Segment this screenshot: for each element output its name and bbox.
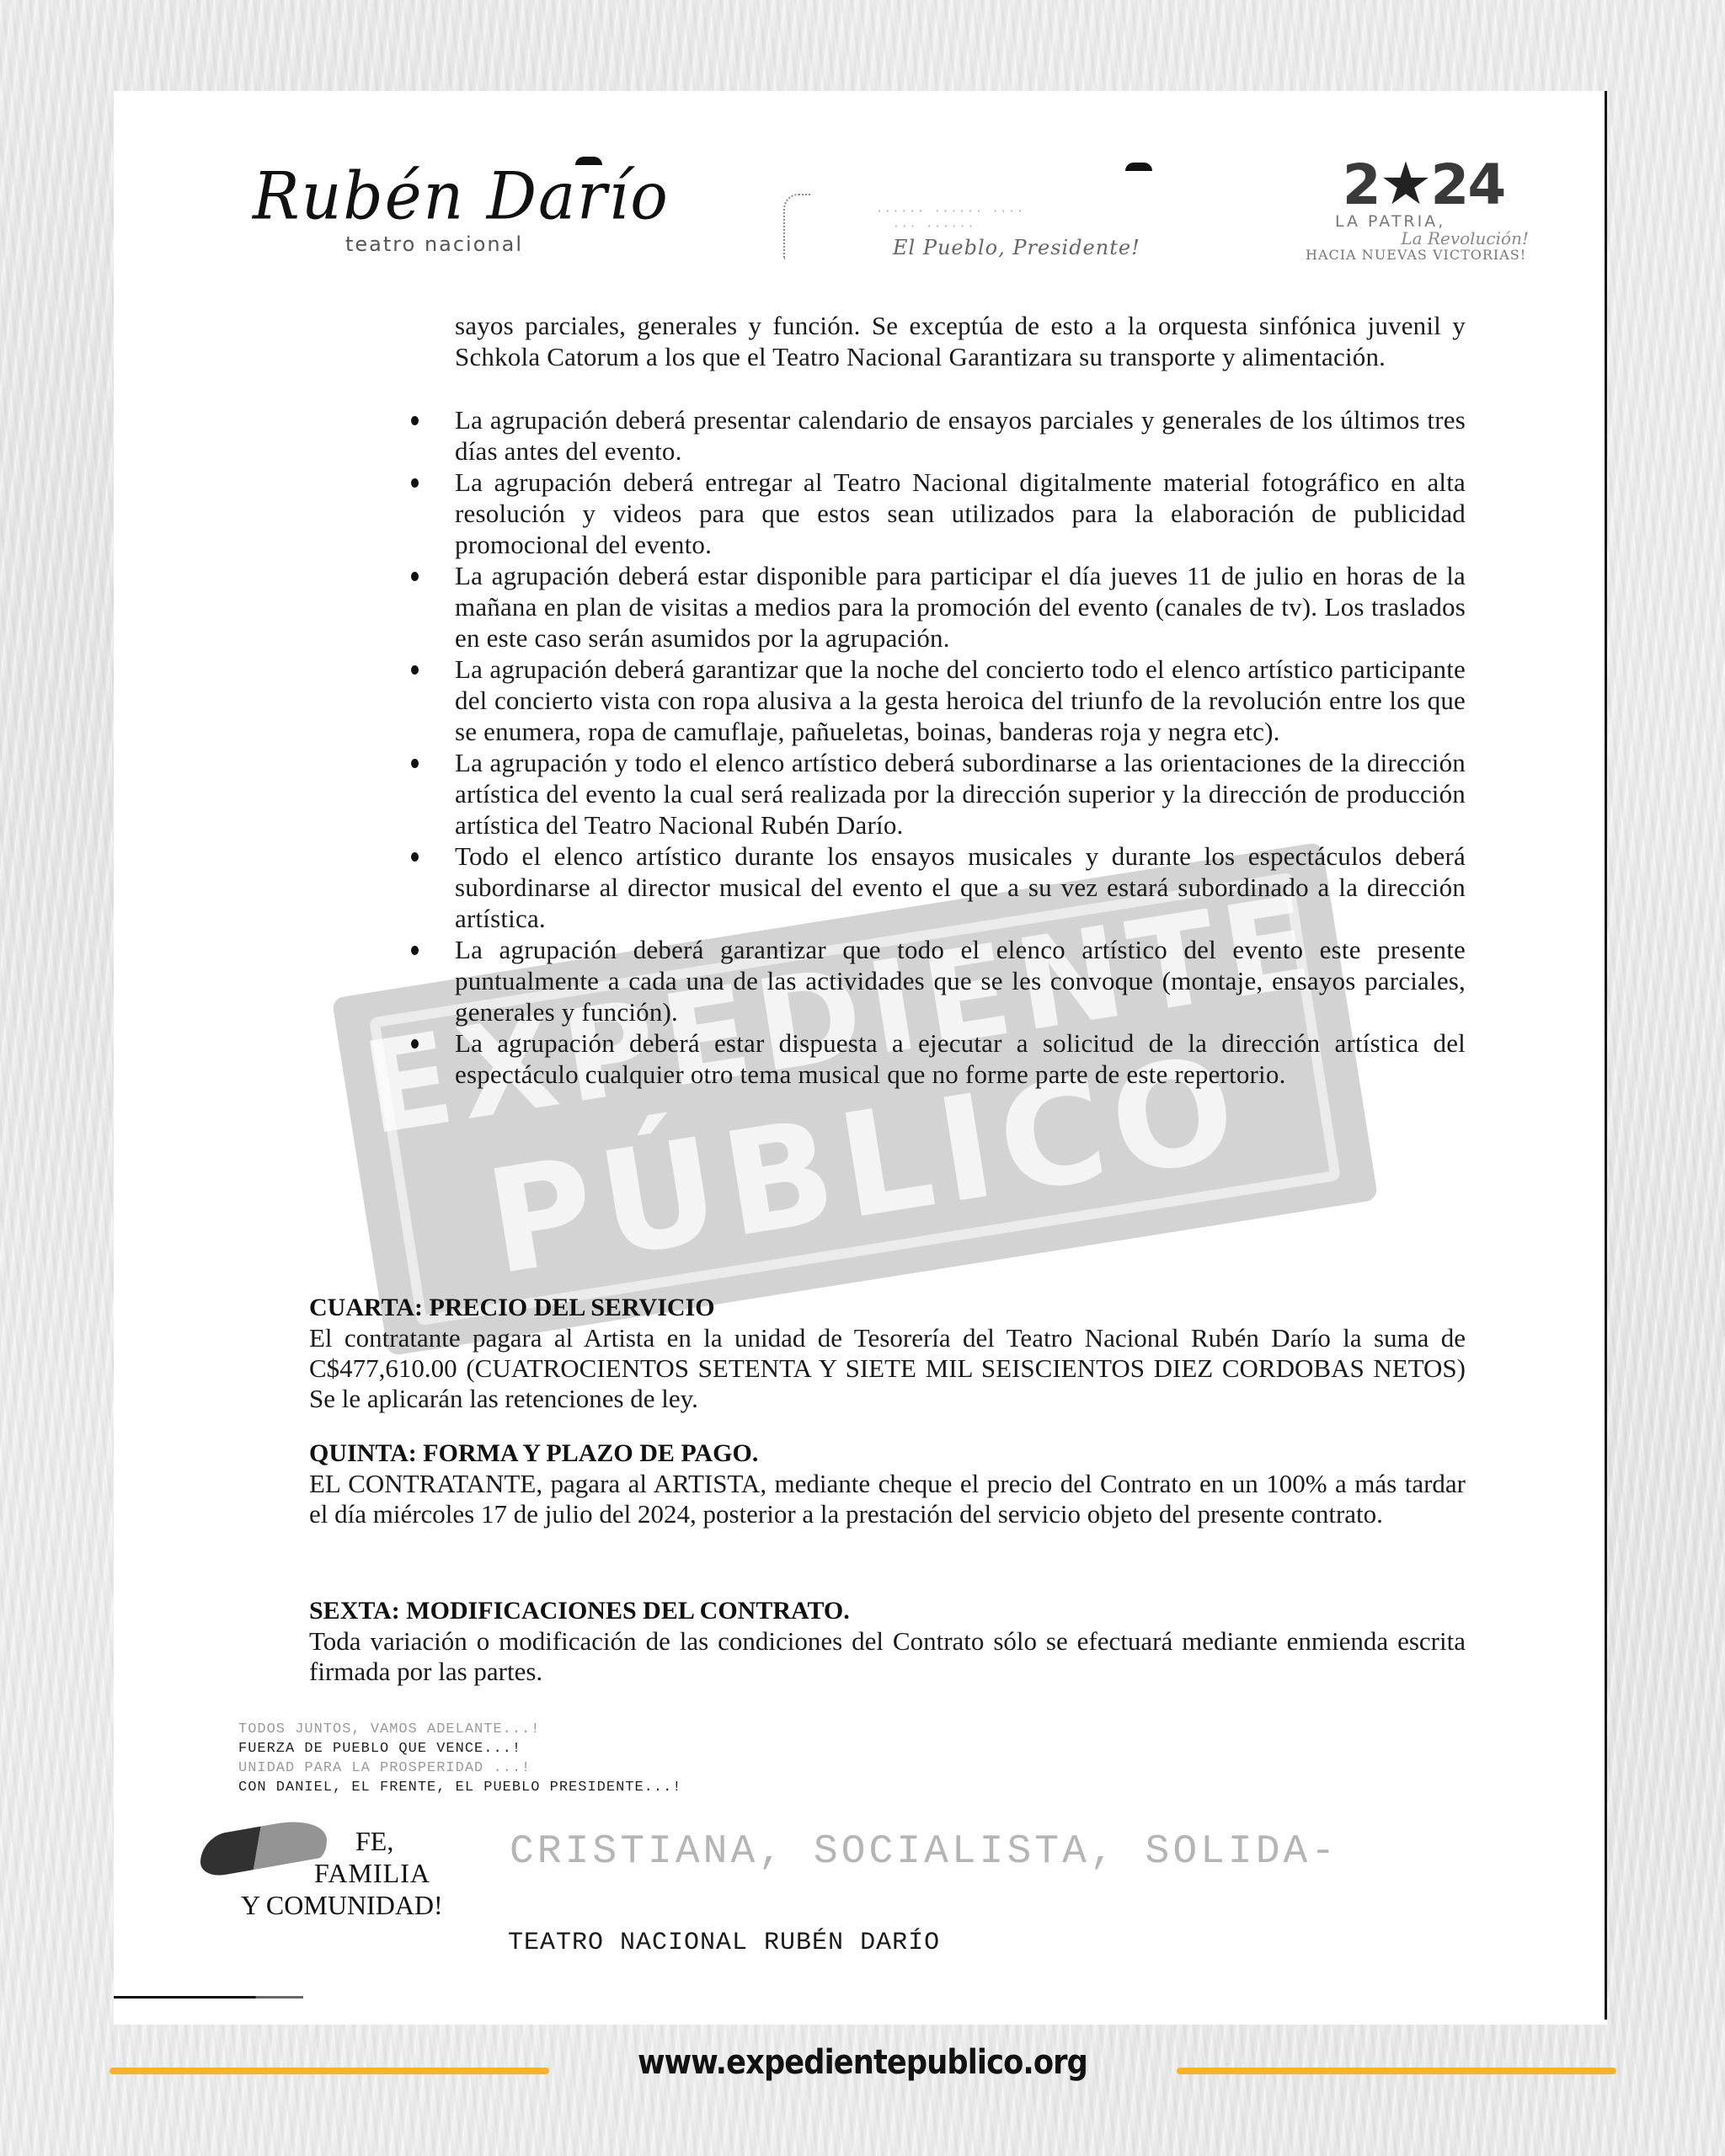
punch-mark-icon xyxy=(575,157,602,165)
slogan-line: FUERZA DE PUEBLO QUE VENCE...! xyxy=(238,1739,681,1758)
clause-body: Toda variación o modificación de las con… xyxy=(309,1626,1466,1687)
page-bottom-rule xyxy=(114,1996,303,1999)
emblem-icon xyxy=(783,194,810,259)
la-revolucion-text: La Revolución! xyxy=(1335,230,1546,247)
signature-block: TEATRO NACIONAL RUBÉN DARÍO xyxy=(508,1929,940,1957)
list-item-text: Todo el elenco artístico durante los ens… xyxy=(455,841,1466,933)
bullet-icon xyxy=(411,946,419,955)
hacia-nuevas-victorias-text: HACIA NUEVAS VICTORIAS! xyxy=(1306,247,1546,264)
clause-body: EL CONTRATANTE, pagara al ARTISTA, media… xyxy=(309,1469,1466,1529)
page-right-rule xyxy=(1605,91,1607,2020)
pueblo-presidente-slogan: El Pueblo, Presidente! xyxy=(893,236,1140,259)
list-item-text: La agrupación deberá presentar calendari… xyxy=(455,405,1466,466)
clause-sexta: SEXTA: MODIFICACIONES DEL CONTRATO. Toda… xyxy=(309,1596,1466,1687)
list-item-text: La agrupación deberá garantizar que todo… xyxy=(455,935,1466,1027)
comunidad-text: Y COMUNIDAD! xyxy=(241,1890,443,1921)
familia-text: FAMILIA xyxy=(314,1858,430,1889)
list-item: La agrupación deberá estar dispuesta a e… xyxy=(403,1027,1466,1090)
fe-text: FE, xyxy=(355,1826,393,1857)
list-item-text: La agrupación deberá estar disponible pa… xyxy=(455,561,1466,653)
government-logo: ······ ······ ···· ··· ······ El Pueblo,… xyxy=(783,185,1188,269)
bullet-icon xyxy=(411,572,419,581)
continuation-paragraph: sayos parciales, generales y función. Se… xyxy=(455,310,1466,372)
bullet-icon xyxy=(411,1039,419,1049)
clause-quinta: QUINTA: FORMA Y PLAZO DE PAGO. EL CONTRA… xyxy=(309,1438,1466,1529)
fe-familia-comunidad-logo: FE, FAMILIA Y COMUNIDAD! xyxy=(200,1819,470,1937)
faded-header-text: ··· ······ xyxy=(893,221,975,233)
list-item: La agrupación deberá estar disponible pa… xyxy=(403,560,1466,654)
list-item-text: La agrupación y todo el elenco artístico… xyxy=(455,748,1466,840)
clause-cuarta: CUARTA: PRECIO DEL SERVICIO El contratan… xyxy=(309,1293,1466,1414)
bullet-icon xyxy=(411,478,419,488)
list-item-text: La agrupación deberá garantizar que la n… xyxy=(455,654,1466,746)
site-url-link[interactable]: www.expedientepublico.org xyxy=(593,2043,1133,2082)
clause-title: SEXTA: MODIFICACIONES DEL CONTRATO. xyxy=(309,1596,1466,1626)
punch-mark-icon xyxy=(1125,163,1152,171)
bullet-icon xyxy=(411,759,419,768)
la-patria-text: LA PATRIA, xyxy=(1335,213,1546,230)
list-item: La agrupación deberá entregar al Teatro … xyxy=(403,467,1466,560)
bullet-icon xyxy=(411,416,419,425)
list-item: Todo el elenco artístico durante los ens… xyxy=(403,841,1466,934)
clause-title: CUARTA: PRECIO DEL SERVICIO xyxy=(309,1293,1466,1323)
clause-body: El contratante pagara al Artista en la u… xyxy=(309,1323,1466,1414)
list-item-text: La agrupación deberá entregar al Teatro … xyxy=(455,467,1466,559)
bullet-icon xyxy=(411,852,419,862)
list-item: La agrupación deberá garantizar que la n… xyxy=(403,654,1466,747)
list-item: La agrupación deberá presentar calendari… xyxy=(403,404,1466,467)
list-item: La agrupación y todo el elenco artístico… xyxy=(403,747,1466,841)
teatro-nacional-subtitle: teatro nacional xyxy=(345,232,523,256)
list-item: La agrupación deberá garantizar que todo… xyxy=(403,934,1466,1027)
logo-2024: 2★24 LA PATRIA, La Revolución! HACIA NUE… xyxy=(1301,156,1546,282)
clause-title: QUINTA: FORMA Y PLAZO DE PAGO. xyxy=(309,1438,1466,1469)
faded-header-text: ······ ······ ···· xyxy=(876,205,1025,218)
flag-icon xyxy=(200,1815,327,1879)
slogan-line: CON DANIEL, EL FRENTE, EL PUEBLO PRESIDE… xyxy=(238,1778,681,1797)
ruben-dario-signature: Rubén Darío xyxy=(253,158,670,234)
bullet-icon xyxy=(411,665,419,675)
teatro-nacional-logo: Rubén Darío teatro nacional xyxy=(253,160,606,261)
slogan-line: TODOS JUNTOS, VAMOS ADELANTE...! xyxy=(238,1720,681,1739)
footer-accent-line-left xyxy=(109,2068,549,2074)
footer-accent-line-right xyxy=(1177,2068,1616,2074)
obligations-list: La agrupación deberá presentar calendari… xyxy=(403,404,1466,1090)
star-icon: ★ xyxy=(1380,149,1431,218)
slogan-line: UNIDAD PARA LA PROSPERIDAD ...! xyxy=(238,1758,681,1778)
footer-slogans: TODOS JUNTOS, VAMOS ADELANTE...! FUERZA … xyxy=(238,1720,681,1797)
cristiana-socialista-text: CRISTIANA, SOCIALISTA, SOLIDA- xyxy=(510,1829,1338,1875)
year-2024-mark: 2★24 xyxy=(1301,156,1546,213)
list-item-text: La agrupación deberá estar dispuesta a e… xyxy=(455,1028,1466,1089)
